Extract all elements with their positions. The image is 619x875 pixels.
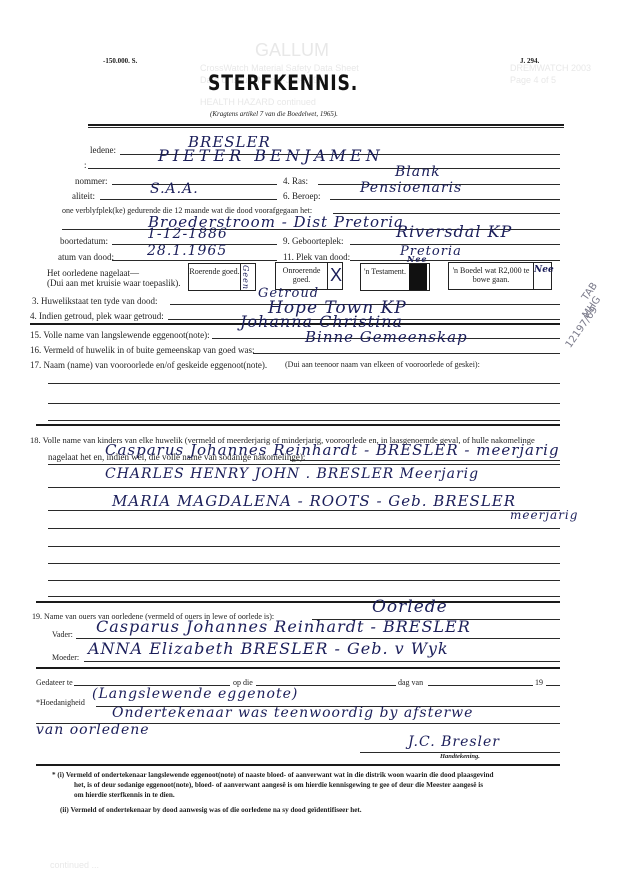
page-title: STERFKENNIS. [208, 71, 358, 95]
form-code-right: J. 294. [520, 57, 539, 65]
mother-label: Moeder: [52, 653, 79, 662]
field-line [48, 403, 560, 404]
month-field[interactable] [428, 685, 533, 686]
community-label: 16. Vermeld of huwelik in of buite gemee… [30, 345, 255, 355]
estate-box-over-r2000[interactable]: 'n Boedel wat R2,000 te bowe gaan. Nee [448, 262, 552, 290]
race-label: 4. Ras: [283, 176, 308, 186]
marriage-place-label: 4. Indien getroud, plek waar getroud: [30, 311, 164, 321]
race-value: Blank [395, 164, 441, 180]
occupation-label: 6. Beroep: [283, 191, 321, 201]
death-place-label: 11. Plek van dood: [283, 252, 350, 262]
capacity-value: van oorledene [36, 722, 150, 738]
estate-box-mark: X [330, 265, 342, 286]
id-number-label: nommer: [75, 176, 108, 186]
estate-box-testament[interactable]: 'n Testament. Nee [360, 263, 430, 291]
section-rule [36, 424, 560, 426]
father-label: Vader: [52, 630, 73, 639]
year-field[interactable] [546, 685, 560, 686]
footnote-2: (ii) Vermeld of ondertekenaar by dood aa… [60, 806, 362, 814]
child-entry: CHARLES HENRY JOHN . BRESLER Meerjarig [105, 466, 479, 482]
birth-place-label: 9. Geboorteplek: [283, 236, 343, 246]
section-rule [36, 764, 560, 766]
field-line [100, 199, 277, 200]
death-date-value: 28.1.1965 [147, 243, 227, 259]
form-code-left: -150.000. S. [103, 57, 137, 65]
footnote-1: het, is of deur sodanige eggenoot(note),… [74, 781, 483, 789]
field-line [48, 546, 560, 547]
estate-box-label: Onroerende goed. [276, 266, 327, 284]
estate-box-mark: Geen [241, 265, 250, 290]
estate-box-divider [327, 263, 328, 289]
death-date-label: atum van dood: [58, 252, 114, 262]
field-line [290, 460, 560, 461]
estate-box-mark: Nee [407, 254, 428, 264]
capacity-label: *Hoedanigheid [36, 698, 85, 707]
estate-box-blackout [409, 264, 427, 290]
field-line [112, 260, 277, 261]
field-line [253, 353, 560, 354]
dated-at-label: Gedateer te [36, 678, 73, 687]
signature-label: Handtekening. [440, 753, 480, 760]
estate-label: Het oorledene nagelaat— [47, 268, 139, 278]
header-rule [88, 127, 564, 128]
surname-label: ledene: [90, 145, 116, 155]
footnote-1: * (i) Vermeld of ondertekenaar langslewe… [52, 771, 494, 779]
footnote-1: om hierdie sterfkennis in te dien. [74, 791, 175, 799]
birth-date-label: boortedatum: [60, 236, 108, 246]
field-line [48, 383, 560, 384]
field-line [48, 464, 560, 465]
nationality-label: aliteit: [72, 191, 95, 201]
field-line [88, 168, 560, 169]
first-names-value: PIETER BENJAMEN [158, 146, 384, 165]
estate-box-movable[interactable]: Roerende goed. Geen [188, 263, 256, 291]
father-value: Casparus Johannes Reinhardt - BRESLER [96, 617, 471, 636]
birth-place-value: Riversdal KP [396, 222, 512, 241]
birth-date-value: 1-12-1886 [147, 226, 228, 242]
field-line [48, 596, 560, 597]
estate-box-label: 'n Boedel wat R2,000 te bowe gaan. [449, 266, 533, 284]
occupation-value: Pensioenaris [360, 180, 462, 196]
marital-status-label: 3. Huwelikstaat ten tyde van dood: [32, 296, 157, 306]
field-line [330, 199, 560, 200]
child-entry: MARIA MAGDALENA - ROOTS - Geb. BRESLER [112, 492, 516, 510]
year-label: 19 [535, 678, 543, 687]
field-line [350, 260, 560, 261]
mother-value: ANNA Elizabeth BRESLER - Geb. v Wyk [88, 639, 449, 658]
capacity-value: Ondertekenaar was teenwoordig by afsterw… [112, 705, 473, 721]
header-rule [88, 124, 564, 126]
bleed-through-text: continued ... [50, 860, 99, 870]
nationality-value: S.A.A. [150, 181, 199, 197]
section-rule [36, 667, 560, 669]
child-entry: meerjarig [510, 508, 578, 522]
day-label: dag van [398, 678, 423, 687]
parents-status: Oorlede [372, 597, 448, 617]
bleed-through-text: Page 4 of 5 [510, 75, 556, 85]
field-line [48, 580, 560, 581]
field-line [48, 420, 560, 421]
bleed-through-title: GALLUM [255, 40, 329, 61]
page-subtitle: (Kragtens artikel 7 van die Boedelwet, 1… [210, 110, 338, 118]
section-rule [36, 601, 560, 603]
estate-hint: (Dui aan met kruisie waar toepaslik). [47, 278, 180, 288]
estate-box-mark: Nee [534, 265, 554, 275]
child-entry: Casparus Johannes Reinhardt - BRESLER - … [105, 441, 560, 459]
field-line [48, 563, 560, 564]
spouse-label: 15. Volle name van langslewende eggenoot… [30, 330, 210, 340]
capacity-value: (Langslewende eggenote) [92, 686, 298, 702]
field-line [48, 510, 560, 511]
predeceased-hint: (Dui aan teenoor naam van elkeen of voor… [285, 360, 480, 369]
margin-annotation: TAB [567, 259, 589, 282]
signature: J.C. Bresler [408, 734, 500, 750]
first-names-label: : [84, 160, 87, 170]
field-line [48, 487, 560, 488]
predeceased-label: 17. Naam (name) van vooroorlede en/of ge… [30, 360, 267, 370]
field-line [84, 661, 560, 662]
community-value: Binne Gemeenskap [305, 328, 468, 346]
field-line [48, 528, 560, 529]
estate-box-label: Roerende goed. [189, 267, 240, 276]
estate-box-label: 'n Testament. [361, 267, 409, 276]
bleed-through-text: HEALTH HAZARD continued [200, 97, 316, 107]
